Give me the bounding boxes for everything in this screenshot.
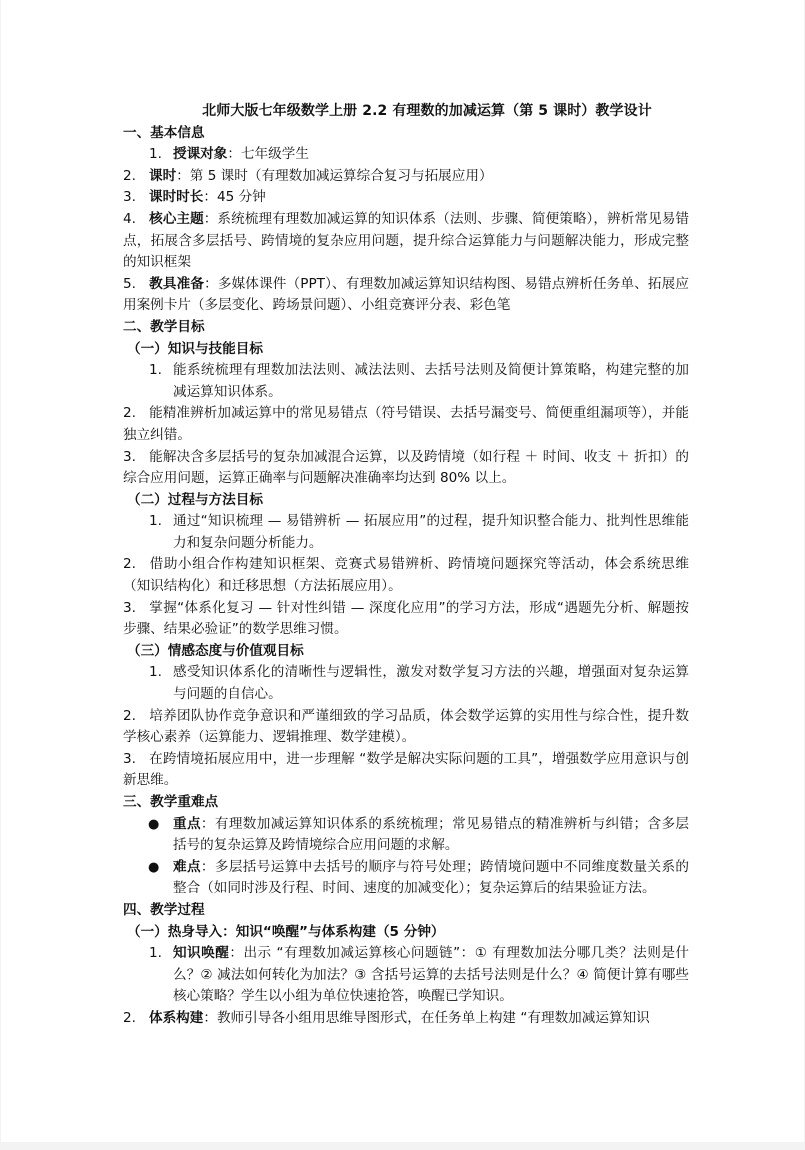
goal-item: 1.通过“知识梳理 — 易错辨析 — 拓展应用”的过程，提升知识整合能力、批判性… [123,511,689,554]
item-text: ：教师引导各小组用思维导图形式，在任务单上构建 “有理数加减运算知识 [203,1010,649,1026]
item-number: 4. [123,209,149,231]
item-text: 感受知识体系化的清晰性与逻辑性，激发对数学复习方法的兴趣，增强面对复杂运算与问题… [173,664,689,702]
subsection-heading-knowledge: （一）知识与技能目标 [127,339,689,361]
bullet-icon: ● [148,857,159,879]
bullet-label: 难点 [173,859,201,875]
key-point-bullet: ●难点：多层括号运算中去括号的顺序与符号处理；跨情境问题中不同维度数量关系的整合… [123,857,689,900]
item-number: 3. [123,598,149,620]
document-page: 北师大版七年级数学上册 2.2 有理数的加减运算（第 5 课时）教学设计 一、基… [1,0,804,1142]
basic-info-item: 5.教具准备：多媒体课件（PPT）、有理数加减运算知识结构图、易错点辨析任务单、… [123,274,689,317]
process-item: 2.体系构建：教师引导各小组用思维导图形式，在任务单上构建 “有理数加减运算知识 [123,1008,689,1030]
item-text: ：系统梳理有理数加减运算的知识体系（法则、步骤、简便策略），辨析常见易错点，拓展… [123,211,689,270]
item-text: ：七年级学生 [227,146,309,162]
goal-item: 2.借助小组合作构建知识框架、竞赛式易错辨析、跨情境问题探究等活动，体会系统思维… [123,554,689,597]
basic-info-item: 4.核心主题：系统梳理有理数加减运算的知识体系（法则、步骤、简便策略），辨析常见… [123,209,689,274]
bullet-icon: ● [148,814,159,836]
item-text: 在跨情境拓展应用中，进一步理解 “数学是解决实际问题的工具”，增强数学应用意识与… [123,751,689,789]
item-number: 1. [149,943,162,965]
item-text: 掌握“体系化复习 — 针对性纠错 — 深度化应用”的学习方法，形成“遇题先分析、… [123,600,689,638]
item-label: 知识唤醒 [173,945,229,961]
item-number: 1. [149,511,162,533]
goal-item: 3.在跨情境拓展应用中，进一步理解 “数学是解决实际问题的工具”，增强数学应用意… [123,749,689,792]
key-point-bullet: ●重点：有理数加减运算知识体系的系统梳理；常见易错点的精准辨析与纠错；含多层括号… [123,814,689,857]
goal-item: 2.培养团队协作竞争意识和严谨细致的学习品质，体会数学运算的实用性与综合性，提升… [123,706,689,749]
item-number: 1. [149,662,162,684]
item-number: 2. [123,403,149,425]
item-number: 1. [149,144,162,166]
process-item: 1.知识唤醒：出示 “有理数加减运算核心问题链”：① 有理数加法分哪几类？法则是… [123,943,689,1008]
item-text: 能系统梳理有理数加法法则、减法法则、去括号法则及简便计算策略，构建完整的加减运算… [173,362,689,400]
item-text: ：第 5 课时（有理数加减运算综合复习与拓展应用） [176,168,492,184]
item-text: ：多媒体课件（PPT）、有理数加减运算知识结构图、易错点辨析任务单、拓展应用案例… [123,276,689,314]
item-number: 3. [123,447,149,469]
item-number: 3. [123,187,149,209]
document-title: 北师大版七年级数学上册 2.2 有理数的加减运算（第 5 课时）教学设计 [167,101,687,123]
basic-info-item: 2.课时：第 5 课时（有理数加减运算综合复习与拓展应用） [123,166,689,188]
bullet-text: ：多层括号运算中去括号的顺序与符号处理；跨情境问题中不同维度数量关系的整合（如同… [173,859,689,897]
item-text: ：45 分钟 [203,189,265,205]
item-label: 授课对象 [173,146,227,162]
item-number: 3. [123,749,149,771]
section-heading-basic-info: 一、基本信息 [123,123,689,145]
item-text: 通过“知识梳理 — 易错辨析 — 拓展应用”的过程，提升知识整合能力、批判性思维… [173,513,689,551]
document-content: 北师大版七年级数学上册 2.2 有理数的加减运算（第 5 课时）教学设计 一、基… [123,101,689,1030]
item-text: 培养团队协作竞争意识和严谨细致的学习品质，体会数学运算的实用性与综合性，提升数学… [123,708,689,746]
basic-info-item: 3.课时时长：45 分钟 [123,187,689,209]
section-heading-process: 四、教学过程 [123,900,689,922]
item-label: 课时 [149,168,176,184]
item-label: 课时时长 [149,189,203,205]
bullet-label: 重点 [173,816,201,832]
item-number: 2. [123,166,149,188]
goal-item: 3.掌握“体系化复习 — 针对性纠错 — 深度化应用”的学习方法，形成“遇题先分… [123,598,689,641]
bullet-text: ：有理数加减运算知识体系的系统梳理；常见易错点的精准辨析与纠错；含多层括号的复杂… [173,816,689,854]
item-text: 能解决含多层括号的复杂加减混合运算，以及跨情境（如行程 ＋ 时间、收支 ＋ 折扣… [123,449,689,487]
subsection-heading-warmup: （一）热身导入：知识“唤醒”与体系构建（5 分钟） [127,922,689,944]
item-number: 1. [149,360,162,382]
item-text: 能精准辨析加减运算中的常见易错点（符号错误、去括号漏变号、简便重组漏项等），并能… [123,405,689,443]
item-number: 5. [123,274,149,296]
goal-item: 3.能解决含多层括号的复杂加减混合运算，以及跨情境（如行程 ＋ 时间、收支 ＋ … [123,447,689,490]
item-text: ：出示 “有理数加减运算核心问题链”：① 有理数加法分哪几类？法则是什么？② 减… [173,945,689,1004]
goal-item: 1.能系统梳理有理数加法法则、减法法则、去括号法则及简便计算策略，构建完整的加减… [123,360,689,403]
basic-info-item: 1.授课对象：七年级学生 [123,144,689,166]
item-label: 体系构建 [149,1010,203,1026]
subsection-heading-attitude: （三）情感态度与价值观目标 [127,641,689,663]
subsection-heading-process-method: （二）过程与方法目标 [127,490,689,512]
item-text: 借助小组合作构建知识框架、竞赛式易错辨析、跨情境问题探究等活动，体会系统思维（知… [123,556,689,594]
goal-item: 2.能精准辨析加减运算中的常见易错点（符号错误、去括号漏变号、简便重组漏项等），… [123,403,689,446]
section-heading-key-points: 三、教学重难点 [123,792,689,814]
item-number: 2. [123,1008,149,1030]
item-number: 2. [123,554,149,576]
item-label: 核心主题 [149,211,204,227]
item-number: 2. [123,706,149,728]
section-heading-goals: 二、教学目标 [123,317,689,339]
goal-item: 1.感受知识体系化的清晰性与逻辑性，激发对数学复习方法的兴趣，增强面对复杂运算与… [123,662,689,705]
item-label: 教具准备 [149,276,204,292]
